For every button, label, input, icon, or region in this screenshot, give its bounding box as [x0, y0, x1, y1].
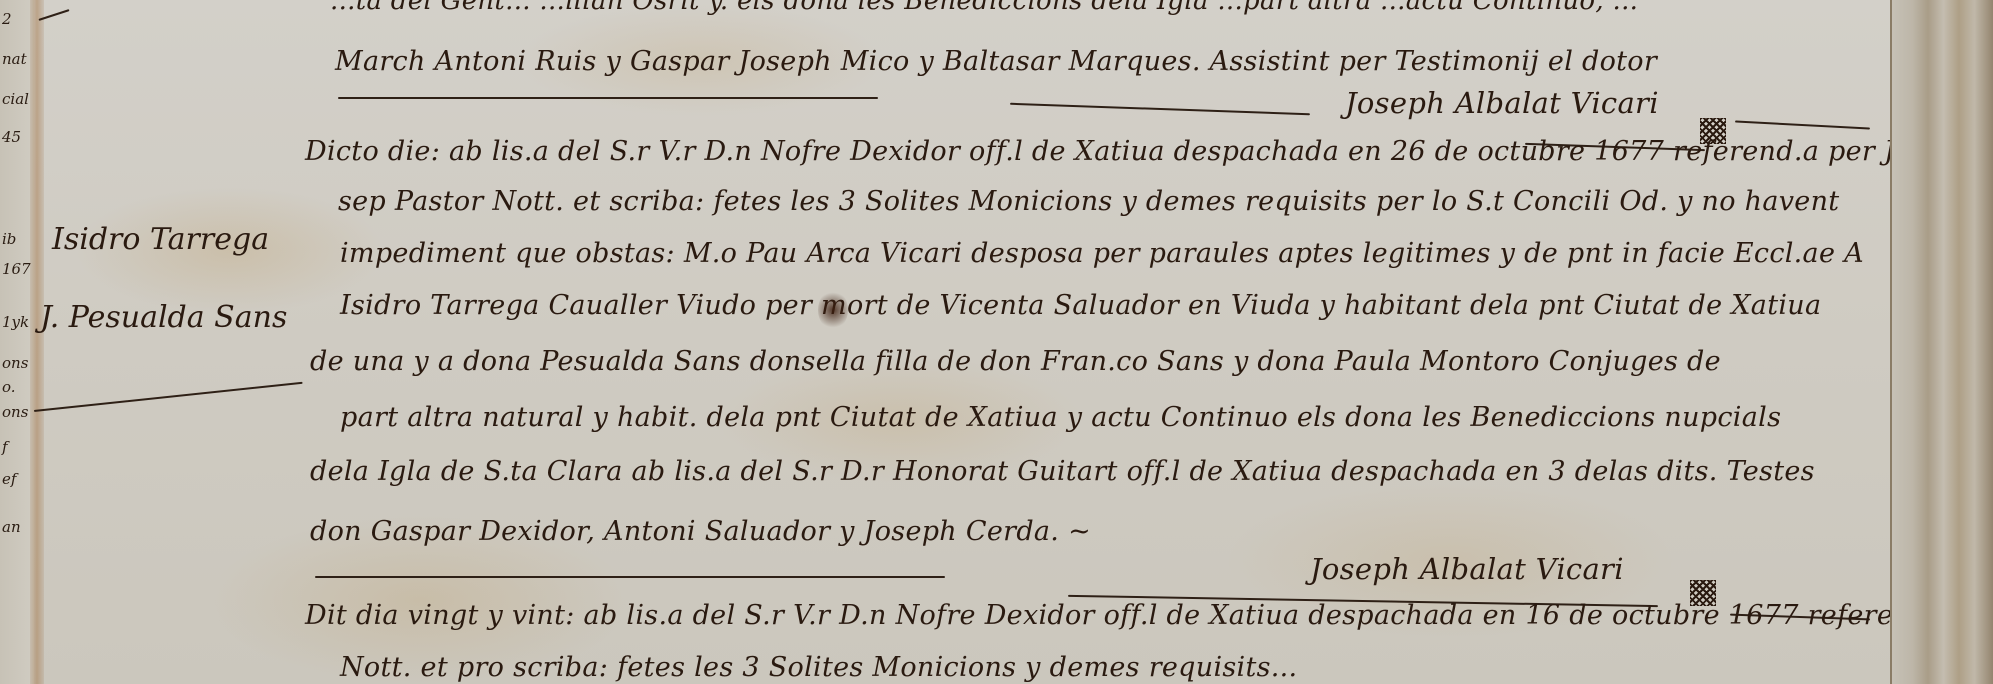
ink-blot	[818, 290, 848, 330]
margin-fragment: cial	[2, 92, 29, 107]
separator-rule	[1735, 120, 1870, 129]
separator-rule	[315, 576, 945, 578]
margin-fragment: ons	[2, 356, 28, 371]
left-margin-fragments: 2 nat cial 45 ib 167 1yk ons o. ons f ef…	[2, 0, 32, 684]
margin-fragment: 1yk	[2, 315, 29, 330]
margin-fragment: ons	[2, 405, 28, 420]
manuscript-page: 2 nat cial 45 ib 167 1yk ons o. ons f ef…	[0, 0, 1993, 684]
text-line: March Antoni Ruis y Gaspar Joseph Mico y…	[335, 46, 1657, 77]
text-line: impediment que obstas: M.o Pau Arca Vica…	[340, 238, 1864, 269]
margin-fragment: nat	[2, 52, 27, 67]
gutter-fold	[30, 0, 44, 684]
margin-fragment: o.	[2, 380, 16, 395]
text-line: Isidro Tarrega Caualler Viudo per mort d…	[340, 290, 1821, 321]
text-line: sep Pastor Nott. et scriba: fetes les 3 …	[338, 186, 1839, 217]
book-binding-edge	[1890, 0, 1993, 684]
text-line: don Gaspar Dexidor, Antoni Saluador y Jo…	[310, 516, 1091, 547]
text-line: Dit dia vingt y vint: ab lis.a del S.r V…	[305, 600, 1993, 631]
separator-rule	[1010, 103, 1310, 115]
text-line: dela Igla de S.ta Clara ab lis.a del S.r…	[310, 456, 1815, 487]
margin-fragment: ib	[2, 232, 16, 247]
text-line: de una y a dona Pesualda Sans donsella f…	[310, 346, 1721, 377]
signature-line: Joseph Albalat Vicari	[1345, 86, 1659, 120]
margin-groom-name: Isidro Tarrega	[52, 222, 269, 257]
signature-line: Joseph Albalat Vicari	[1310, 552, 1624, 586]
margin-fragment: 45	[2, 130, 21, 145]
margin-fragment: ef	[2, 472, 16, 487]
text-line: ...ta del Gent... ...illan Osrit y. els …	[330, 0, 1638, 16]
text-line: part altra natural y habit. dela pnt Ciu…	[340, 402, 1781, 433]
witness-underline	[338, 97, 878, 99]
margin-fragment: 167	[2, 262, 31, 277]
margin-bride-name: J. Pesualda Sans	[40, 300, 287, 335]
margin-fragment: an	[2, 520, 21, 535]
text-line: Nott. et pro scriba: fetes les 3 Solites…	[340, 652, 1297, 683]
margin-entry-rule	[34, 382, 303, 412]
margin-fragment: f	[2, 440, 8, 455]
margin-fragment: 2	[2, 12, 12, 27]
text-line: Dicto die: ab lis.a del S.r V.r D.n Nofr…	[305, 136, 1921, 167]
